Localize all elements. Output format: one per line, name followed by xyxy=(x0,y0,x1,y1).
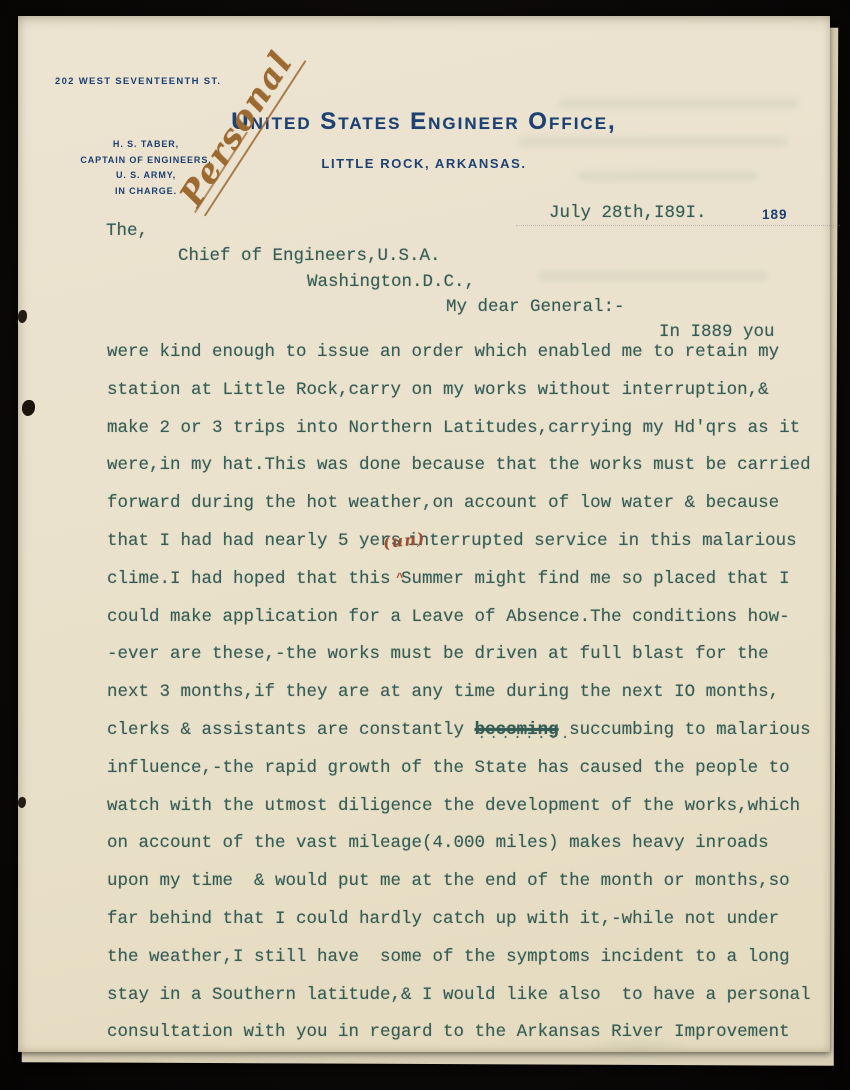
body-line: forward during the hot weather,on accoun… xyxy=(107,485,837,523)
body-line: -ever are these,-the works must be drive… xyxy=(107,636,837,674)
body-line: far behind that I could hardly catch up … xyxy=(107,901,837,939)
deletion-dots: ........ xyxy=(478,730,573,740)
age-spot xyxy=(18,310,27,323)
age-spot xyxy=(18,797,26,808)
bleed-through-mark xyxy=(538,271,768,281)
body-line: were,in my hat.This was done because tha… xyxy=(107,447,837,485)
typed-date: July 28th,I89I. xyxy=(549,203,707,223)
letterhead-location: LITTLE ROCK, ARKANSAS. xyxy=(18,156,830,171)
body-line: stay in a Southern latitude,& I would li… xyxy=(107,977,837,1015)
insertion-caret: ^ xyxy=(396,560,403,598)
body-line: upon my time & would put me at the end o… xyxy=(107,863,837,901)
photo-background: 202 WEST SEVENTEENTH ST. United States E… xyxy=(0,0,850,1090)
salutation: My dear General:- xyxy=(446,297,625,317)
preprinted-year: 189 xyxy=(762,207,788,222)
body-line: station at Little Rock,carry on my works… xyxy=(107,372,837,410)
body-text: succumbing to malarious xyxy=(559,720,811,740)
body-line: the weather,I still have some of the sym… xyxy=(107,939,837,977)
body-line: clime.I had hoped that this Summer might… xyxy=(107,561,837,599)
bleed-through-mark xyxy=(578,171,758,181)
letter-page: 202 WEST SEVENTEENTH ST. United States E… xyxy=(18,16,830,1052)
age-spot xyxy=(22,400,35,416)
address-recipient: Chief of Engineers,U.S.A. xyxy=(178,246,441,266)
body-line-with-strikeout: clerks & assistants are constantly becom… xyxy=(107,712,837,750)
body-line-with-insertion: that I had had nearly 5 yers(un)^interru… xyxy=(107,523,837,561)
address-to: The, xyxy=(106,221,148,241)
letter-body: were kind enough to issue an order which… xyxy=(107,334,837,1052)
address-city: Washington.D.C., xyxy=(307,272,475,292)
handwritten-insertion: (un) xyxy=(381,520,427,562)
body-line: watch with the utmost diligence the deve… xyxy=(107,788,837,826)
body-line: were kind enough to issue an order which… xyxy=(107,334,837,372)
body-line: influence,-the rapid growth of the State… xyxy=(107,750,837,788)
body-line: consultation with you in regard to the A… xyxy=(107,1014,837,1052)
body-text: clerks & assistants are constantly xyxy=(107,720,475,740)
struck-word-wrapper: becoming........ xyxy=(475,712,559,750)
body-line: could make application for a Leave of Ab… xyxy=(107,599,837,637)
body-line: on account of the vast mileage(4.000 mil… xyxy=(107,825,837,863)
preprinted-date-rule xyxy=(516,225,840,226)
letterhead-street-address: 202 WEST SEVENTEENTH ST. xyxy=(55,76,221,87)
body-text: interrupted service in this malarious xyxy=(408,531,797,551)
body-line: next 3 months,if they are at any time du… xyxy=(107,674,837,712)
body-line: make 2 or 3 trips into Northern Latitude… xyxy=(107,410,837,448)
letterhead-office-title: United States Engineer Office, xyxy=(18,108,830,136)
body-text: that I had had nearly 5 yers xyxy=(107,531,401,551)
bleed-through-mark xyxy=(518,136,788,147)
